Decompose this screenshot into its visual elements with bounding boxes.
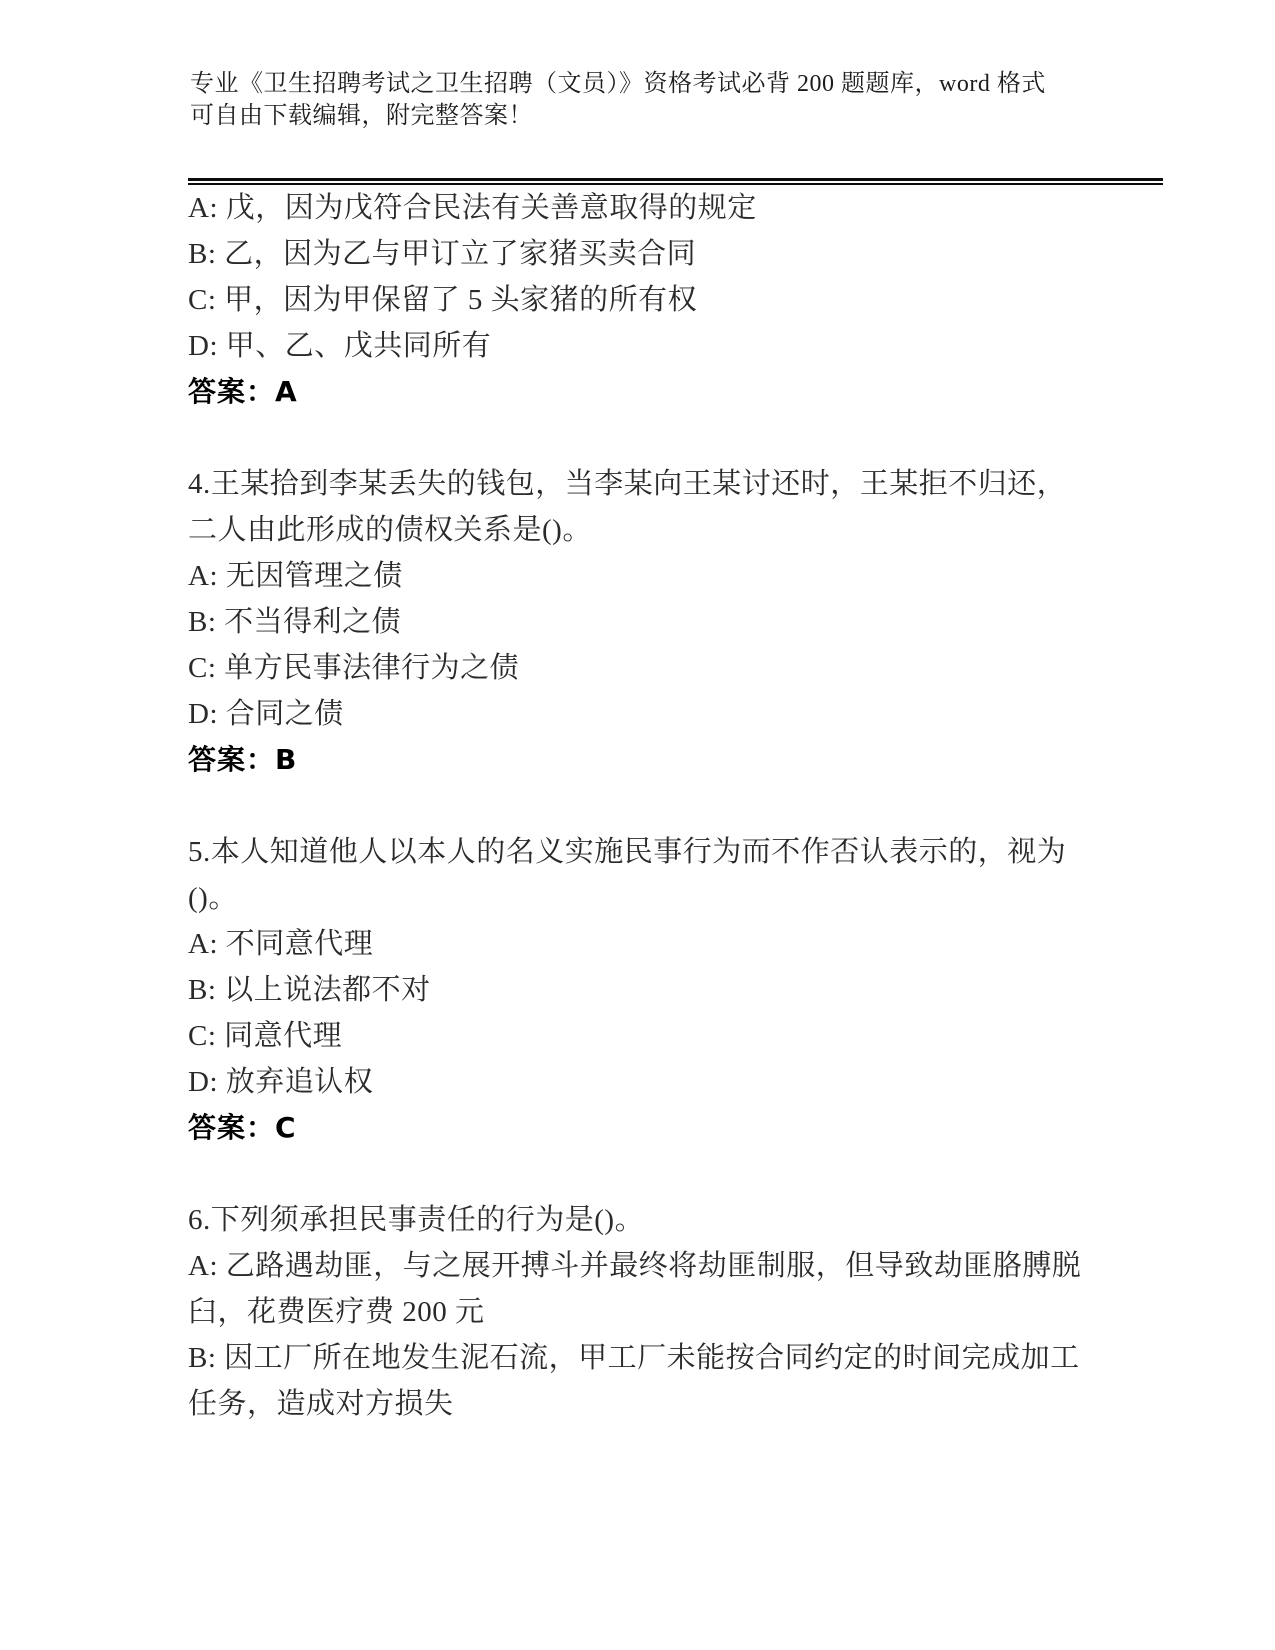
option-a-line: A: 无因管理之债 xyxy=(188,553,1178,599)
question-stem-line: 6.下列须承担民事责任的行为是()。 xyxy=(188,1197,1178,1243)
exam-document-page: 专业《卫生招聘考试之卫生招聘（文员）》资格考试必背 200 题题库，word 格… xyxy=(0,0,1275,1650)
answer-line: 答案：C xyxy=(188,1105,1178,1151)
question-stem-line: 4.王某拾到李某丢失的钱包，当李某向王某讨还时，王某拒不归还， xyxy=(188,461,1178,507)
option-d-line: D: 合同之债 xyxy=(188,691,1178,737)
option-c-line: C: 同意代理 xyxy=(188,1013,1178,1059)
option-b-line: B: 不当得利之债 xyxy=(188,599,1178,645)
header-divider-rule xyxy=(188,178,1163,185)
option-a-continuation-line: 臼，花费医疗费 200 元 xyxy=(188,1289,1178,1335)
option-a-line: A: 不同意代理 xyxy=(188,921,1178,967)
answer-line: 答案：A xyxy=(188,369,1178,415)
option-d-line: D: 放弃追认权 xyxy=(188,1059,1178,1105)
option-b-line: B: 乙，因为乙与甲订立了家猪买卖合同 xyxy=(188,231,1178,277)
page-header: 专业《卫生招聘考试之卫生招聘（文员）》资格考试必背 200 题题库，word 格… xyxy=(190,68,1165,132)
option-a-line: A: 戊，因为戊符合民法有关善意取得的规定 xyxy=(188,185,1178,231)
question-3-block: A: 戊，因为戊符合民法有关善意取得的规定 B: 乙，因为乙与甲订立了家猪买卖合… xyxy=(188,185,1178,415)
question-stem-line: 5.本人知道他人以本人的名义实施民事行为而不作否认表示的，视为 xyxy=(188,829,1178,875)
document-body: A: 戊，因为戊符合民法有关善意取得的规定 B: 乙，因为乙与甲订立了家猪买卖合… xyxy=(188,185,1178,1427)
option-a-line: A: 乙路遇劫匪，与之展开搏斗并最终将劫匪制服，但导致劫匪胳膊脱 xyxy=(188,1243,1178,1289)
answer-line: 答案：B xyxy=(188,737,1178,783)
question-5-block: 5.本人知道他人以本人的名义实施民事行为而不作否认表示的，视为 ()。 A: 不… xyxy=(188,829,1178,1151)
question-4-block: 4.王某拾到李某丢失的钱包，当李某向王某讨还时，王某拒不归还， 二人由此形成的债… xyxy=(188,461,1178,783)
option-c-line: C: 单方民事法律行为之债 xyxy=(188,645,1178,691)
option-c-line: C: 甲，因为甲保留了 5 头家猪的所有权 xyxy=(188,277,1178,323)
question-stem-continuation-line: ()。 xyxy=(188,875,1178,921)
option-b-continuation-line: 任务，造成对方损失 xyxy=(188,1381,1178,1427)
header-title-line-2: 可自由下载编辑，附完整答案！ xyxy=(190,100,1165,132)
option-b-line: B: 因工厂所在地发生泥石流，甲工厂未能按合同约定的时间完成加工 xyxy=(188,1335,1178,1381)
question-stem-continuation-line: 二人由此形成的债权关系是()。 xyxy=(188,507,1178,553)
option-b-line: B: 以上说法都不对 xyxy=(188,967,1178,1013)
header-title-line-1: 专业《卫生招聘考试之卫生招聘（文员）》资格考试必背 200 题题库，word 格… xyxy=(190,68,1165,100)
option-d-line: D: 甲、乙、戊共同所有 xyxy=(188,323,1178,369)
question-6-block: 6.下列须承担民事责任的行为是()。 A: 乙路遇劫匪，与之展开搏斗并最终将劫匪… xyxy=(188,1197,1178,1427)
